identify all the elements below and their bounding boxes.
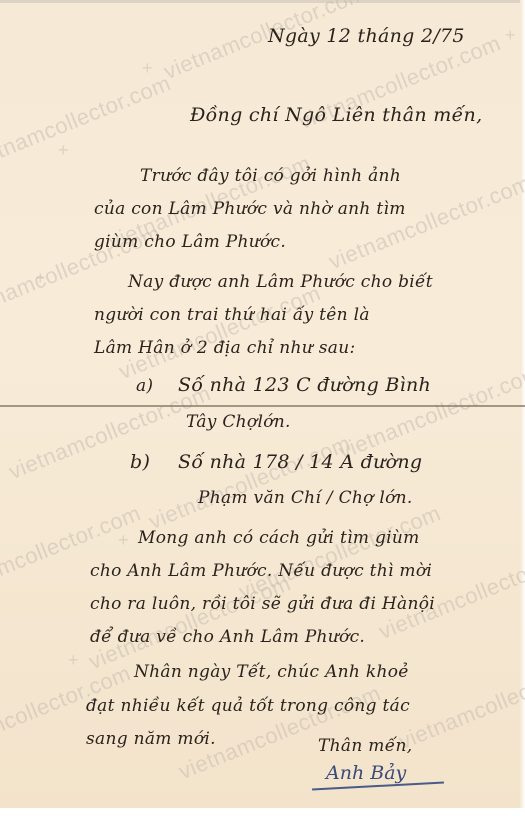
address-a-line-2: Tây Chợlớn. — [186, 412, 291, 432]
salutation: Đồng chí Ngô Liên thân mến, — [190, 104, 482, 126]
closing-1-line-3: cho ra luôn, rồi tôi sẽ gửi đưa đi Hànội — [90, 594, 435, 614]
watermark-separator: + — [58, 140, 69, 161]
valediction: Thân mến, — [318, 736, 412, 756]
address-a-marker: a) — [136, 376, 153, 396]
paragraph-1-line-1: Trước đây tôi có gởi hình ảnh — [140, 166, 401, 186]
paragraph-1-line-3: giùm cho Lâm Phước. — [94, 232, 286, 252]
watermark-separator: + — [505, 25, 516, 46]
closing-2-line-3: sang năm mới. — [86, 729, 216, 749]
watermark-text: vietnamcollector.com — [115, 280, 324, 385]
watermark-text: vietnamcollector.com — [0, 500, 145, 605]
watermark-separator: + — [35, 268, 46, 289]
watermark-separator: + — [118, 530, 129, 551]
address-b-marker: b) — [130, 451, 150, 473]
paper-bottom-edge — [0, 808, 525, 816]
paper-top-edge — [0, 0, 525, 3]
address-a-line-1: Số nhà 123 C đường Bình — [178, 374, 431, 396]
letter-page: vietnamcollector.com vietnamcollector.co… — [0, 0, 525, 816]
watermark-text: vietnamcollector.com — [145, 430, 354, 535]
paragraph-2-line-1: Nay được anh Lâm Phước cho biết — [128, 272, 433, 292]
date-line: Ngày 12 tháng 2/75 — [268, 25, 465, 47]
watermark-text: vietnamcollector.com — [375, 540, 525, 645]
watermark-text: vietnamcollector.com — [395, 650, 525, 755]
watermark-text: vietnamcollector.com — [0, 70, 175, 175]
closing-1-line-2: cho Anh Lâm Phước. Nếu được thì mời — [90, 561, 432, 581]
paragraph-1-line-2: của con Lâm Phước và nhờ anh tìm — [94, 199, 406, 219]
paper-right-edge — [520, 0, 525, 816]
address-b-line-1: Số nhà 178 / 14 A đường — [178, 451, 422, 473]
paper-fold-line — [0, 405, 525, 407]
closing-2-line-2: đạt nhiều kết quả tốt trong công tác — [86, 696, 410, 716]
watermark-separator: + — [142, 58, 153, 79]
paragraph-2-line-3: Lâm Hân ở 2 địa chỉ như sau: — [94, 338, 355, 358]
watermark-text: vietnamcollector.com — [235, 500, 444, 605]
watermark-text: vietnamcollector.com — [85, 570, 294, 675]
closing-1-line-1: Mong anh có cách gửi tìm giùm — [138, 528, 420, 548]
paragraph-2-line-2: người con trai thứ hai ấy tên là — [94, 305, 370, 325]
closing-1-line-4: để đưa về cho Anh Lâm Phước. — [90, 627, 365, 647]
watermark-separator: + — [68, 650, 79, 671]
signature: Anh Bảy — [326, 762, 406, 784]
address-b-line-2: Phạm văn Chí / Chợ lớn. — [198, 488, 413, 508]
closing-2-line-1: Nhân ngày Tết, chúc Anh khoẻ — [134, 662, 409, 682]
